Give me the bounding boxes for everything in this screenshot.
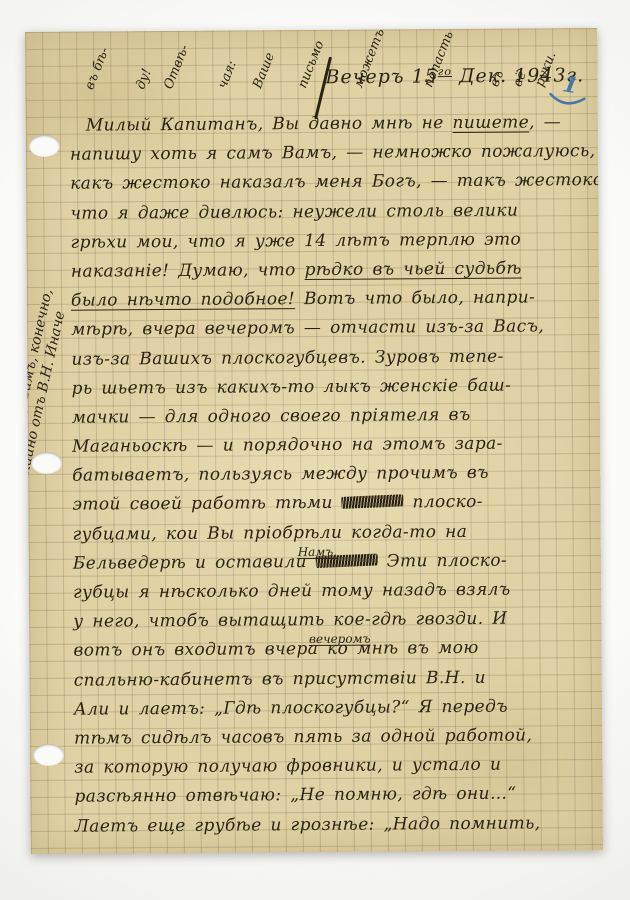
- letter-line: наказаніе! Думаю, что рѣдко въ чьей судь…: [71, 254, 595, 287]
- letter-text-segment: Эти плоско-: [378, 550, 507, 571]
- scribbled-out-word: [342, 493, 404, 513]
- letter-text-segment: Милый Капитанъ, Вы давно мнѣ не: [86, 113, 453, 136]
- letter-text-segment: вотъ онъ входитъ вчера: [73, 639, 327, 661]
- letter-line: Лаетъ еще грубѣе и грознѣе: „Надо помнит…: [75, 809, 599, 842]
- letter-text-segment: у него, чтобъ вытащить кое-гдѣ гвозди. И: [73, 609, 507, 632]
- letter-line: рь шьетъ изъ какихъ-то лыкъ женскіе баш-: [72, 371, 596, 404]
- letter-line: что я даже дивлюсь: неужели столь велики: [70, 196, 594, 229]
- letter-line: этой своей работѣ тѣми плоско-: [72, 487, 596, 520]
- letter-body: Милый Капитанъ, Вы давно мнѣ не пишете, …: [70, 108, 599, 841]
- letter-line: Маганьоскѣ — и порядочно на этомъ зара-: [72, 429, 596, 462]
- letter-line: изъ-за Вашихъ плоскогубцевъ. Зуровъ тепе…: [71, 342, 595, 375]
- letter-line: Бельведерѣ и оставили Намъ. Эти плоско-: [73, 546, 597, 579]
- corner-note-word: въ бѣ-: [82, 45, 112, 92]
- punch-hole: [33, 744, 64, 766]
- punch-hole: [29, 135, 60, 157]
- letter-text-segment: было нѣчто подобное!: [71, 289, 295, 311]
- letter-text-segment: Бельведерѣ и оставили: [73, 552, 316, 574]
- letter-text-segment: рь шьетъ изъ какихъ-то лыкъ женскіе баш-: [72, 375, 512, 398]
- letter-text-segment: Вотъ что было, напри-: [295, 288, 535, 310]
- letter-text-segment: вечеромъко: [327, 639, 348, 659]
- letter-text-segment: мачки — для одного своего пріятеля въ: [72, 405, 471, 428]
- corner-note-word: Ваше: [251, 51, 279, 91]
- letter-text-segment: Маганьоскѣ — и порядочно на этомъ зара-: [72, 434, 503, 457]
- letter-text-segment: губцами, кои Вы пріобрѣли когда-то на: [73, 522, 468, 545]
- letter-text-segment: за которую получаю фровники, и устало и: [74, 755, 501, 778]
- letter-text-segment: спальню-кабинетъ въ присутствіи В.Н. и: [74, 667, 486, 690]
- letter-text-segment: наказаніе! Думаю, что: [71, 260, 305, 282]
- ink-scribble: [341, 495, 403, 510]
- letter-text-segment: губцы я нѣсколько дней тому назадъ взялъ: [73, 580, 511, 603]
- letter-line: губцы я нѣсколько дней тому назадъ взялъ: [73, 575, 597, 608]
- page-number-mark: 1: [547, 69, 592, 111]
- inserted-word-above: вечеромъ: [309, 625, 371, 655]
- letter-text-segment: что я даже дивлюсь: неужели столь велики: [70, 200, 518, 223]
- letter-text-segment: рѣдко въ чьей судьбѣ: [305, 258, 522, 280]
- letter-text-segment: разсѣянно отвѣчаю: „Не помню, гдѣ они…“: [74, 784, 516, 807]
- letter-text-segment: какъ жестоко наказалъ меня Богъ, — такъ …: [70, 170, 603, 194]
- letter-text-segment: плоско-: [404, 492, 483, 513]
- corner-note-word: Отвѣ-: [161, 43, 192, 92]
- letter-text-segment: грѣхи мои, что я уже 14 лѣтъ терплю это: [71, 229, 522, 252]
- letter-text-segment: мѣрѣ, вчера вечеромъ — отчасти изъ-за Ва…: [71, 317, 544, 340]
- letter-text-segment: этой своей работѣ тѣми: [72, 493, 341, 515]
- letter-line: разсѣянно отвѣчаю: „Не помню, гдѣ они…“: [74, 779, 598, 812]
- letter-text-segment: тѣмъ сидѣлъ часовъ пять за одной работой…: [74, 725, 532, 748]
- letter-text-segment: Лаетъ еще грубѣе и грознѣе: „Надо помнит…: [75, 813, 541, 836]
- letter-text-segment: пишете: [452, 112, 529, 133]
- letter-line: Милый Капитанъ, Вы давно мнѣ не пишете, …: [70, 108, 594, 141]
- letter-line: Али и лаетъ: „Гдѣ плоскогубцы?“ Я передъ: [74, 692, 598, 725]
- letter-text-segment: изъ-за Вашихъ плоскогубцевъ. Зуровъ тепе…: [71, 346, 503, 369]
- letter-text-segment: напишу хоть я самъ Вамъ, — немножко пожа…: [70, 141, 596, 165]
- corner-note-word: чая:: [215, 59, 240, 91]
- letter-text-segment: , —: [529, 112, 561, 132]
- letter-line: спальню-кабинетъ въ присутствіи В.Н. и: [74, 663, 598, 696]
- scribbled-out-word: Намъ.: [316, 551, 378, 571]
- letter-line: напишу хоть я самъ Вамъ, — немножко пожа…: [70, 137, 594, 170]
- letter-line: батываетъ, пользуясь между прочимъ въ: [72, 458, 596, 491]
- letter-text-segment: батываетъ, пользуясь между прочимъ въ: [72, 463, 489, 486]
- letter-text-segment: Али и лаетъ: „Гдѣ плоскогубцы?“ Я передъ: [74, 696, 508, 719]
- letter-page: Вечеръ 15го Дек. 1943г. 1 въ бѣ-ду!Отвѣ-…: [25, 28, 603, 854]
- inserted-word-above: Намъ.: [298, 538, 338, 567]
- letter-line: тѣмъ сидѣлъ часовъ пять за одной работой…: [74, 721, 598, 754]
- letter-line: было нѣчто подобное! Вотъ что было, напр…: [71, 283, 595, 316]
- letter-line: какъ жестоко наказалъ меня Богъ, — такъ …: [70, 166, 594, 199]
- corner-note-word: ду!: [133, 67, 155, 92]
- letter-line: грѣхи мои, что я уже 14 лѣтъ терплю это: [71, 225, 595, 258]
- letter-line: мѣрѣ, вчера вечеромъ — отчасти изъ-за Ва…: [71, 312, 595, 345]
- letter-line: вотъ онъ входитъ вчера вечеромъко мнѣ въ…: [73, 633, 597, 666]
- letter-line: за которую получаю фровники, и устало и: [74, 750, 598, 783]
- letter-line: мачки — для одного своего пріятеля въ: [72, 400, 596, 433]
